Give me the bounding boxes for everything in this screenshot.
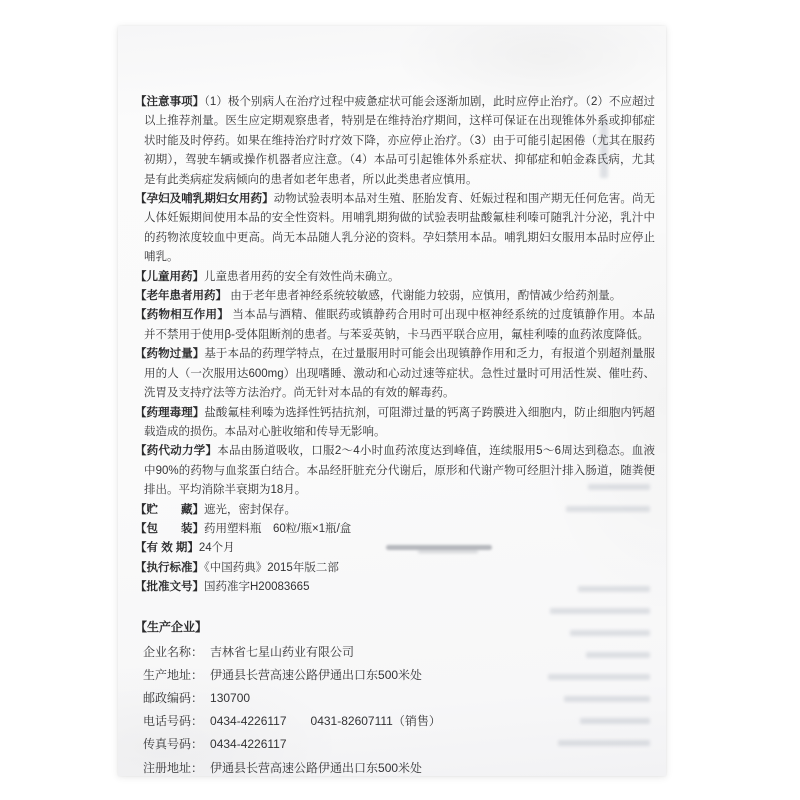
row-label: 注册地址： [143,761,203,775]
manufacturer-row-phone: 电话号码：0434-4226117 0431-82607111（销售） [143,710,655,733]
section-geriatric-use: 【老年患者用药】 由于老年患者神经系统较敏感，代谢能力较弱，应慎用，酌情减少给药… [135,287,655,306]
row-value: 伊通县长营高速公路伊通出口东500米处 [210,761,422,775]
section-pediatric-use: 【儿童用药】儿童患者用药的安全有效性尚未确立。 [135,268,655,287]
section-label: 【药代动力学】 [135,445,217,457]
photo-background: { "doc": { "kind": "drug-package-insert"… [0,0,800,800]
section-text: 基于本品的药理学特点，在过量服用时可能会出现镇静作用和乏力，有报道个别超剂量服用… [144,348,655,399]
row-label: 电话号码： [143,714,203,728]
section-text: 24个月 [199,542,235,554]
manufacturer-rows: 企业名称：吉林省七星山药业有限公司 生产地址：伊通县长营高速公路伊通出口东500… [135,641,655,780]
section-label: 【儿童用药】 [135,271,204,283]
section-label: 【包 装】 [135,523,204,535]
section-text: 盐酸氟桂利嗪为选择性钙拮抗剂，可阻滞过量的钙离子跨膜进入细胞内，防止细胞内钙超载… [144,407,655,438]
section-text: 遮光，密封保存。 [204,504,296,516]
manufacturer-row-registered-address: 注册地址：伊通县长营高速公路伊通出口东500米处 [143,757,655,780]
section-pregnancy-lactation: 【孕妇及哺乳期妇女用药】动物试验表明本品对生殖、胚胎发育、妊娠过程和围产期无任何… [135,190,655,268]
section-label: 【批准文号】 [135,581,204,593]
section-pharmacology-toxicology: 【药理毒理】盐酸氟桂利嗪为选择性钙拮抗剂，可阻滞过量的钙离子跨膜进入细胞内，防止… [135,404,655,443]
section-text: （1）极个别病人在治疗过程中疲惫症状可能会逐渐加剧，此时应停止治疗。（2）不应超… [144,96,655,186]
section-text: 本品由肠道吸收，口服2～4小时血药浓度达到峰值，连续服用5～6周达到稳态。血液中… [144,445,655,496]
row-label: 传真号码： [143,737,203,751]
section-label: 【老年患者用药】 [135,290,227,302]
section-label: 【药物相互作用】 [135,309,229,321]
section-approval-number: 【批准文号】国药准字H20083665 [135,578,655,597]
section-text: 儿童患者用药的安全有效性尚未确立。 [204,271,400,283]
section-packaging: 【包 装】药用塑料瓶 60粒/瓶×1瓶/盒 [135,520,655,539]
section-pharmacokinetics: 【药代动力学】本品由肠道吸收，口服2～4小时血药浓度达到峰值，连续服用5～6周达… [135,442,655,500]
section-text: 由于老年患者神经系统较敏感，代谢能力较弱，应慎用，酌情减少给药剂量。 [227,290,621,302]
section-overdose: 【药物过量】基于本品的药理学特点，在过量服用时可能会出现镇静作用和乏力，有报道个… [135,345,655,403]
section-label: 【药理毒理】 [135,407,204,419]
section-label: 【注意事项】 [135,96,204,108]
section-text: 国药准字H20083665 [204,581,309,593]
row-label: 生产地址： [143,668,203,682]
section-label: 【有 效 期】 [135,542,199,554]
manufacturer-heading: 【生产企业】 [135,617,655,637]
section-text: 药用塑料瓶 60粒/瓶×1瓶/盒 [204,523,351,535]
row-value: 吉林省七星山药业有限公司 [210,645,354,659]
section-label: 【执行标准】 [135,562,204,574]
section-label: 【药物过量】 [135,348,204,360]
section-precautions: 【注意事项】（1）极个别病人在治疗过程中疲惫症状可能会逐渐加剧，此时应停止治疗。… [135,93,655,190]
section-standard: 【执行标准】《中国药典》2015年版二部 [135,559,655,578]
section-label: 【贮 藏】 [135,504,204,516]
manufacturer-row-production-address: 生产地址：伊通县长营高速公路伊通出口东500米处 [143,664,655,687]
section-storage: 【贮 藏】遮光，密封保存。 [135,501,655,520]
manufacturer-row-postal-code: 邮政编码：130700 [143,687,655,710]
section-shelf-life: 【有 效 期】24个月 [135,539,655,558]
section-label: 【孕妇及哺乳期妇女用药】 [135,193,274,205]
manufacturer-row-company-name: 企业名称：吉林省七星山药业有限公司 [143,641,655,664]
section-text: 《中国药典》2015年版二部 [204,562,339,574]
package-insert-page: 【注意事项】（1）极个别病人在治疗过程中疲惫症状可能会逐渐加剧，此时应停止治疗。… [118,26,666,776]
row-label: 邮政编码： [143,691,203,705]
row-value: 0434-4226117 0431-82607111（销售） [210,714,441,728]
manufacturer-section: 【生产企业】 企业名称：吉林省七星山药业有限公司 生产地址：伊通县长营高速公路伊… [135,617,655,780]
row-label: 企业名称： [143,645,203,659]
row-value: 伊通县长营高速公路伊通出口东500米处 [210,668,422,682]
section-drug-interactions: 【药物相互作用】 当本品与酒精、催眠药或镇静药合用时可出现中枢神经系统的过度镇静… [135,306,655,345]
row-value: 0434-4226117 [210,737,287,751]
manufacturer-row-fax: 传真号码：0434-4226117 [143,733,655,756]
row-value: 130700 [210,691,250,705]
insert-text-block: 【注意事项】（1）极个别病人在治疗过程中疲惫症状可能会逐渐加剧，此时应停止治疗。… [118,26,666,780]
